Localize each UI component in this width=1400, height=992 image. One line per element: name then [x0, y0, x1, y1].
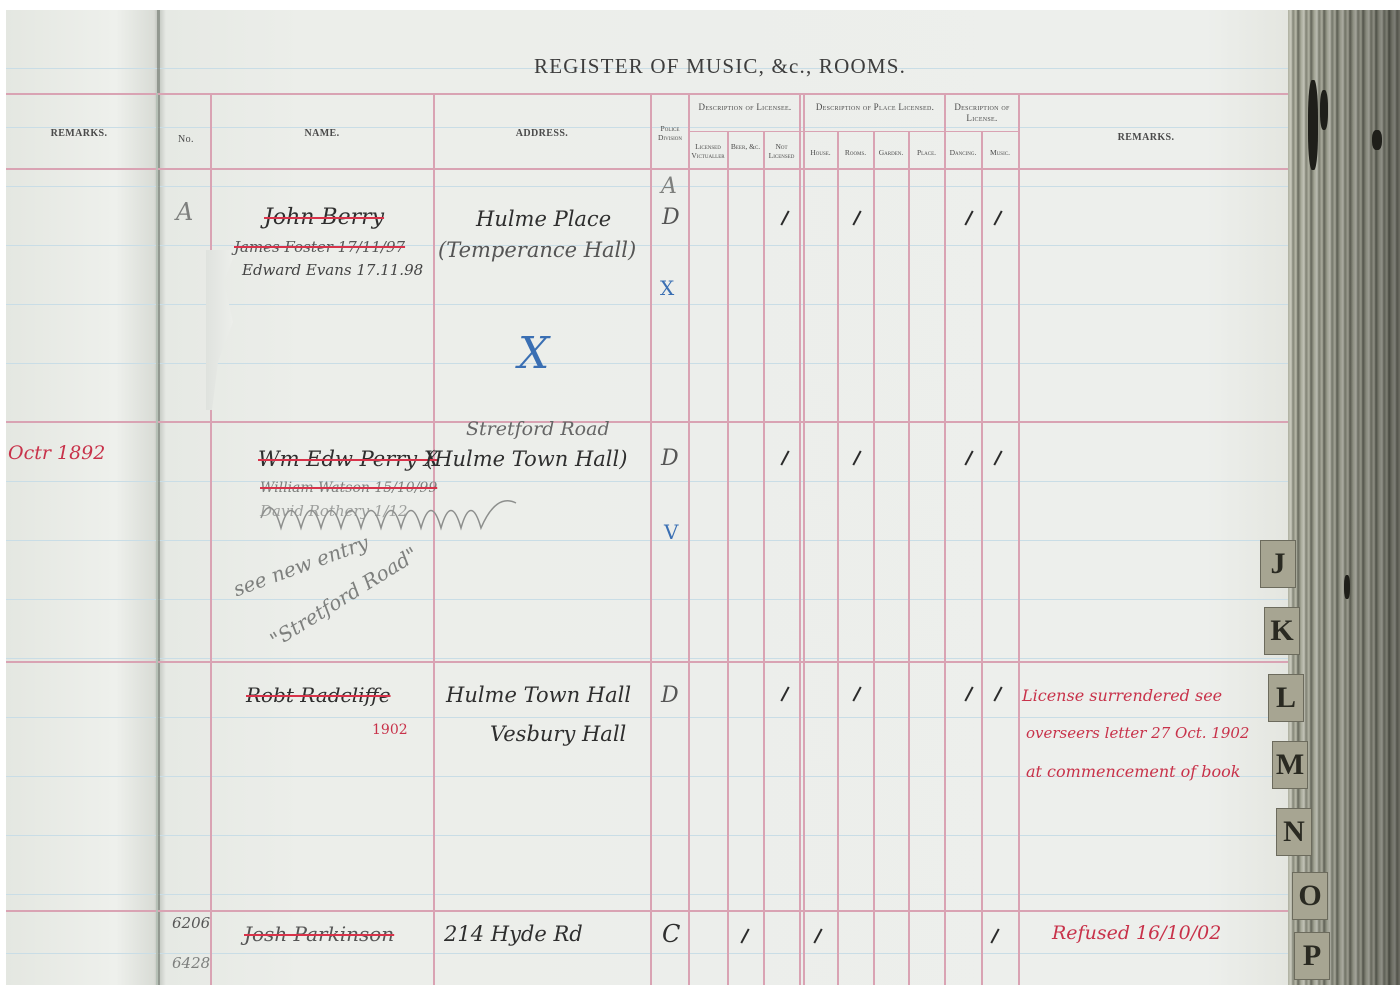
entry-3-remark-line-1: License surrendered see	[1022, 686, 1222, 705]
index-tab-n[interactable]: N	[1276, 808, 1312, 856]
header-rooms: Rooms.	[838, 148, 873, 157]
entry-4-remark: Refused 16/10/02	[1052, 922, 1221, 944]
ink-stain	[1372, 130, 1382, 150]
entry-4-address: 214 Hyde Rd	[444, 922, 583, 946]
header-house: House.	[804, 148, 837, 157]
ink-stain	[1308, 80, 1318, 170]
entry-1-big-cross: X	[518, 328, 549, 379]
paper	[6, 10, 1288, 985]
header-place: Place.	[909, 148, 944, 157]
col-division-left	[650, 93, 652, 985]
entry-3-address-2: Vesbury Hall	[490, 722, 626, 746]
header-music: Music.	[982, 148, 1018, 157]
entry-3-remark-line-2: overseers letter 27 Oct. 1902	[1026, 724, 1249, 742]
entry-2-address-above: Stretford Road	[466, 418, 610, 440]
rule-bottom-header	[6, 168, 1288, 170]
entry-2-division: D	[661, 446, 679, 471]
index-tab-o[interactable]: O	[1292, 872, 1328, 920]
header-not-licensed: Not Licensed	[764, 142, 799, 160]
entry-1-name-2: James Foster 17/11/97	[234, 238, 405, 256]
rule-top-header	[6, 93, 1288, 95]
col-place-left	[908, 131, 910, 985]
header-description-place: Description of Place Licensed.	[806, 102, 944, 113]
entry-4-number-2: 6428	[172, 954, 210, 972]
header-description-license: Description of License.	[946, 102, 1018, 124]
page-title: REGISTER OF MUSIC, &c., ROOMS.	[534, 54, 906, 79]
entry-3-name-year: 1902	[372, 722, 408, 738]
entry-3-remark-line-3: at commencement of book	[1026, 762, 1241, 781]
entry-3-address: Hulme Town Hall	[446, 683, 631, 707]
header-licensed-victualler: Licensed Victualler	[689, 142, 727, 160]
entry-2-division-mark: V	[664, 520, 678, 544]
col-lv-left	[688, 93, 690, 985]
rule-entry-4	[6, 910, 1288, 912]
entry-2-name: Wm Edw Perry X	[258, 447, 439, 471]
entry-1-division-mark: X	[660, 276, 674, 300]
entry-1-number: A	[176, 198, 193, 226]
col-house-left	[799, 93, 801, 985]
index-tab-j[interactable]: J	[1260, 540, 1296, 588]
header-garden: Garden.	[874, 148, 908, 157]
entry-2-address: (Hulme Town Hall)	[426, 447, 627, 471]
col-house-left-2	[803, 93, 805, 985]
entry-2-pencil-scribble	[256, 488, 536, 538]
entry-1-name: John Berry	[264, 205, 384, 230]
ledger-page: REGISTER OF MUSIC, &c., ROOMS. REMARKS. …	[6, 10, 1400, 985]
col-address-left	[433, 93, 435, 985]
col-music-left	[981, 131, 983, 985]
col-rooms-left	[837, 131, 839, 985]
entry-3-name: Robt Radcliffe	[246, 683, 391, 707]
col-dancing-left	[944, 93, 946, 985]
header-beer: Beer, &c.	[728, 142, 763, 151]
col-name-left	[210, 93, 212, 985]
index-tab-m[interactable]: M	[1272, 741, 1308, 789]
header-right-remarks: REMARKS.	[1076, 132, 1216, 143]
header-name: NAME.	[212, 128, 432, 139]
entry-1-division-2: D	[662, 205, 680, 230]
header-left-remarks: REMARKS.	[24, 128, 134, 139]
entry-4-number: 6206	[172, 914, 210, 932]
col-garden-left	[873, 131, 875, 985]
ink-stain	[1320, 90, 1328, 130]
entry-4-name: Josh Parkinson	[244, 922, 394, 946]
col-no-left	[156, 93, 158, 985]
ink-stain	[1344, 575, 1350, 599]
index-tab-l[interactable]: L	[1268, 674, 1304, 722]
rule-subheader	[689, 131, 1018, 132]
index-tab-k[interactable]: K	[1264, 607, 1300, 655]
index-tab-p[interactable]: P	[1294, 932, 1330, 980]
entry-1-address-2: (Temperance Hall)	[438, 238, 636, 262]
header-description-licensee: Description of Licensee.	[692, 102, 798, 113]
col-beer-left	[727, 131, 729, 985]
header-address: ADDRESS.	[435, 128, 649, 139]
header-police-division: Police Division	[652, 124, 688, 142]
entry-2-left-remark: Octr 1892	[8, 442, 105, 464]
entry-1-address: Hulme Place	[476, 207, 611, 231]
rule-entry-2	[6, 421, 1288, 423]
header-dancing: Dancing.	[945, 148, 981, 157]
entry-1-name-3: Edward Evans 17.11.98	[242, 261, 423, 279]
col-notlic-left	[763, 131, 765, 985]
col-remarks-left	[1018, 93, 1020, 985]
rule-entry-3	[6, 661, 1288, 663]
entry-1-division: A	[661, 174, 677, 199]
entry-4-division: C	[662, 920, 680, 948]
entry-3-division: D	[661, 683, 679, 708]
header-no: No.	[164, 134, 208, 145]
